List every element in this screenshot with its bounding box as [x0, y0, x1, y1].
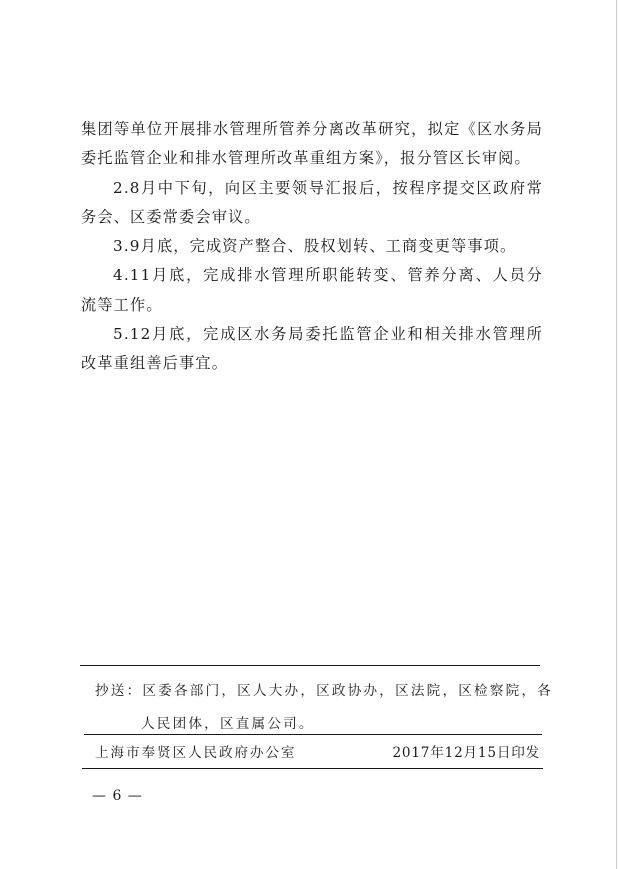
paragraph-item-2: 2.8月中下旬，向区主要领导汇报后，按程序提交区政府常务会、区委常委会审议。	[81, 174, 543, 233]
paragraph-item-5: 5.12月底，完成区水务局委托监管企业和相关排水管理所改革重组善后事宜。	[81, 320, 543, 379]
cc-block: 抄送：区委各部门，区人大办，区政协办，区法院，区检察院，各 人民团体，区直属公司…	[95, 675, 540, 741]
page-edge	[616, 0, 617, 869]
page-number: — 6 —	[92, 788, 143, 804]
cc-recipients-2: 人民团体，区直属公司。	[141, 716, 315, 732]
document-body: 集团等单位开展排水管理所管养分离改革研究，拟定《区水务局委托监管企业和排水管理所…	[81, 115, 543, 379]
cc-label: 抄送：	[95, 683, 142, 699]
issuer-top-rule	[84, 734, 542, 735]
issue-date: 2017年12月15日印发	[392, 741, 540, 761]
issuing-office: 上海市奉贤区人民政府办公室	[95, 741, 296, 761]
paragraph-item-3: 3.9月底，完成资产整合、股权划转、工商变更等事项。	[81, 232, 543, 261]
cc-top-rule	[80, 665, 540, 666]
cc-line-2: 人民团体，区直属公司。	[95, 708, 540, 741]
cc-recipients-1: 区委各部门，区人大办，区政协办，区法院，区检察院，各	[142, 683, 553, 699]
cc-line-1: 抄送：区委各部门，区人大办，区政协办，区法院，区检察院，各	[95, 675, 540, 708]
paragraph-continuation: 集团等单位开展排水管理所管养分离改革研究，拟定《区水务局委托监管企业和排水管理所…	[81, 115, 543, 174]
issuer-bottom-rule	[82, 768, 543, 769]
paragraph-item-4: 4.11月底，完成排水管理所职能转变、管养分离、人员分流等工作。	[81, 261, 543, 320]
